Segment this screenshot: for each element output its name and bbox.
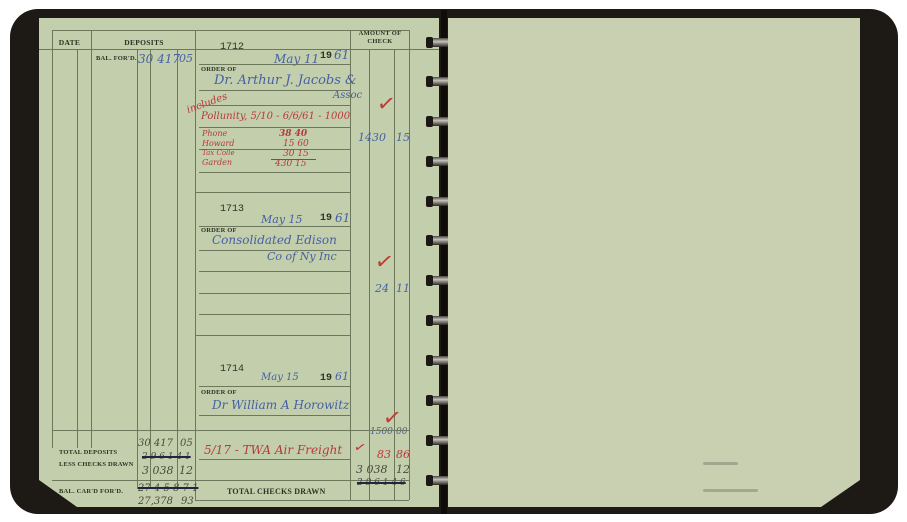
bal-carried-dollars: 27,378: [138, 496, 173, 507]
check-amount-dollars: 1500: [370, 427, 393, 437]
column-line: [52, 30, 53, 448]
page-smudge: [703, 489, 758, 492]
total-deposits-label: TOTAL DEPOSITS: [59, 449, 117, 456]
column-line: [77, 49, 78, 448]
entry-amount-dollars: 83: [377, 448, 391, 461]
order-of-label: ORDER OF: [201, 389, 237, 396]
less-checks-cents: 12: [179, 464, 193, 477]
summary-top-rule: [52, 430, 409, 431]
check-year-suffix: 61: [335, 211, 350, 225]
column-line: [394, 49, 395, 500]
check-year-suffix: 61: [335, 370, 349, 383]
page-smudge: [703, 462, 738, 465]
payee-line-2: Assoc: [333, 90, 362, 101]
bal-forward-dollars: 30 417: [138, 52, 180, 66]
breakdown-amount: 38 40: [279, 129, 307, 139]
amount-of-check-header: AMOUNT OF CHECK: [352, 30, 408, 46]
breakdown-amount: 30 15: [283, 149, 309, 159]
check-year-suffix: 61: [334, 48, 349, 62]
bal-forward-label: BAL. FOR'D.: [96, 55, 137, 62]
deposits-header: DEPOSITS: [94, 39, 194, 47]
bal-forward-cents: 05: [179, 52, 193, 65]
column-line: [177, 49, 178, 489]
check-amount-cents: 11: [396, 282, 410, 295]
blank-right-page: [448, 18, 860, 507]
row-line: [199, 415, 350, 416]
check-register-page: DATE DEPOSITS AMOUNT OF CHECK BAL. FOR'D…: [39, 18, 439, 507]
column-line: [91, 30, 92, 448]
check-date: May 15: [261, 372, 299, 383]
total-deposits-dollars: 30 417: [138, 438, 173, 449]
less-checks-dollars: 3 038: [142, 464, 174, 477]
row-line: [199, 172, 350, 173]
less-checks-struck: 2 9 6 1 4 1: [142, 452, 191, 462]
total-checks-cents: 12: [396, 463, 410, 476]
bal-carried-struck: 27 4 5 8 7 1: [138, 483, 198, 494]
check-amount-cents: 15: [396, 131, 410, 144]
row-line: [199, 386, 350, 387]
cleared-check-mark: ✓: [352, 439, 367, 457]
payee-line-2: Co of Ny Inc: [267, 250, 337, 263]
cleared-check-mark: ✓: [373, 249, 395, 277]
bal-carried-cents: 93: [181, 496, 194, 507]
column-line: [150, 49, 151, 489]
breakdown-label: Garden: [202, 158, 232, 167]
column-line: [409, 30, 410, 500]
less-checks-drawn-label: LESS CHECKS DRAWN: [59, 461, 134, 468]
row-line: [199, 271, 350, 272]
order-of-label: ORDER OF: [201, 66, 237, 73]
check-amount-dollars: 24: [375, 282, 389, 295]
bal-carried-forward-label: BAL. CAR'D FOR'D.: [59, 488, 123, 495]
payee-line-1: Dr William A Horowitz: [212, 398, 349, 412]
breakdown-label: Howard: [202, 139, 234, 148]
cleared-check-mark: ✓: [375, 91, 397, 118]
payee-line-1: Consolidated Edison: [212, 233, 337, 247]
row-line: [199, 105, 350, 106]
total-checks-dollars: 3 038: [356, 463, 388, 476]
row-line: [199, 127, 350, 128]
period-note: Pollunity, 5/10 - 6/6/61 - 1000: [201, 111, 350, 122]
entry-amount-cents: 86: [396, 448, 410, 461]
check-date: May 15: [261, 213, 303, 226]
check-separator: [195, 192, 350, 193]
row-line: [199, 293, 350, 294]
breakdown-label: Phone: [202, 129, 227, 138]
payee-line-1: Dr. Arthur J. Jacobs &: [214, 73, 357, 88]
total-checks-drawn-label: TOTAL CHECKS DRAWN: [227, 487, 325, 496]
breakdown-label: Tax Colle: [202, 149, 235, 157]
memo-entry: 5/17 - TWA Air Freight: [204, 443, 342, 457]
check-number: 1712: [220, 42, 244, 53]
breakdown-total: 430 15: [275, 159, 307, 169]
row-line: [199, 314, 350, 315]
breakdown-amount: 15 60: [283, 139, 309, 149]
summary-rule: [52, 480, 409, 481]
check-amount-cents: 00: [396, 427, 407, 437]
check-amount-dollars: 1430: [358, 131, 386, 144]
date-header: DATE: [47, 39, 92, 47]
check-number: 1714: [220, 364, 244, 375]
check-year-prefix: 19: [320, 51, 332, 62]
check-number: 1713: [220, 204, 244, 215]
row-line: [199, 64, 350, 65]
top-rule: [52, 30, 409, 31]
check-year-prefix: 19: [320, 213, 332, 224]
column-line: [137, 49, 138, 489]
check-separator: [195, 335, 350, 336]
check-year-prefix: 19: [320, 373, 332, 384]
total-checks-struck: 2 9 6 1 4 6: [357, 478, 406, 488]
row-line: [199, 90, 350, 91]
row-line: [199, 459, 350, 460]
total-deposits-cents: 05: [180, 438, 193, 449]
bottom-rule: [195, 500, 409, 501]
